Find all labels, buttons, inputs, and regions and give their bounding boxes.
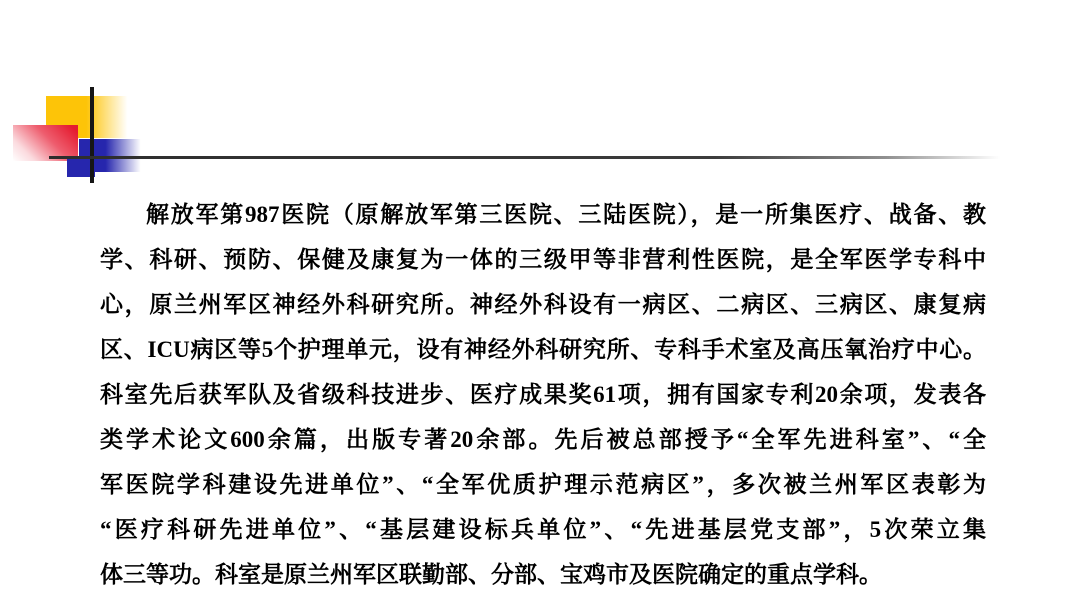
paragraph-line: 类学术论文600余篇，出版专著20余部。先后被总部授予“全军先进科室”、“全 [100, 417, 986, 462]
slide-canvas: 解放军第987医院（原解放军第三医院、三陆医院），是一所集医疗、战备、教 学、科… [0, 0, 1080, 608]
paragraph-line: 区、ICU病区等5个护理单元，设有神经外科研究所、专科手术室及高压氧治疗中心。 [100, 327, 986, 372]
decoration-vertical-line [90, 87, 94, 183]
paragraph-line: 军医院学科建设先进单位”、“全军优质护理示范病区”，多次被兰州军区表彰为 [100, 462, 986, 507]
paragraph: 解放军第987医院（原解放军第三医院、三陆医院），是一所集医疗、战备、教 学、科… [100, 192, 986, 597]
paragraph-line: “医疗科研先进单位”、“基层建设标兵单位”、“先进基层党支部”，5次荣立集 [100, 507, 986, 552]
paragraph-line: 学、科研、预防、保健及康复为一体的三级甲等非营利性医院，是全军医学专科中 [100, 237, 986, 282]
paragraph-line: 心，原兰州军区神经外科研究所。神经外科设有一病区、二病区、三病区、康复病 [100, 282, 986, 327]
paragraph-line: 体三等功。科室是原兰州军区联勤部、分部、宝鸡市及医院确定的重点学科。 [100, 552, 986, 597]
paragraph-line: 解放军第987医院（原解放军第三医院、三陆医院），是一所集医疗、战备、教 [100, 192, 986, 237]
decoration-horizontal-rule [49, 156, 1000, 159]
paragraph-line: 科室先后获军队及省级科技进步、医疗成果奖61项，拥有国家专利20余项，发表各 [100, 372, 986, 417]
